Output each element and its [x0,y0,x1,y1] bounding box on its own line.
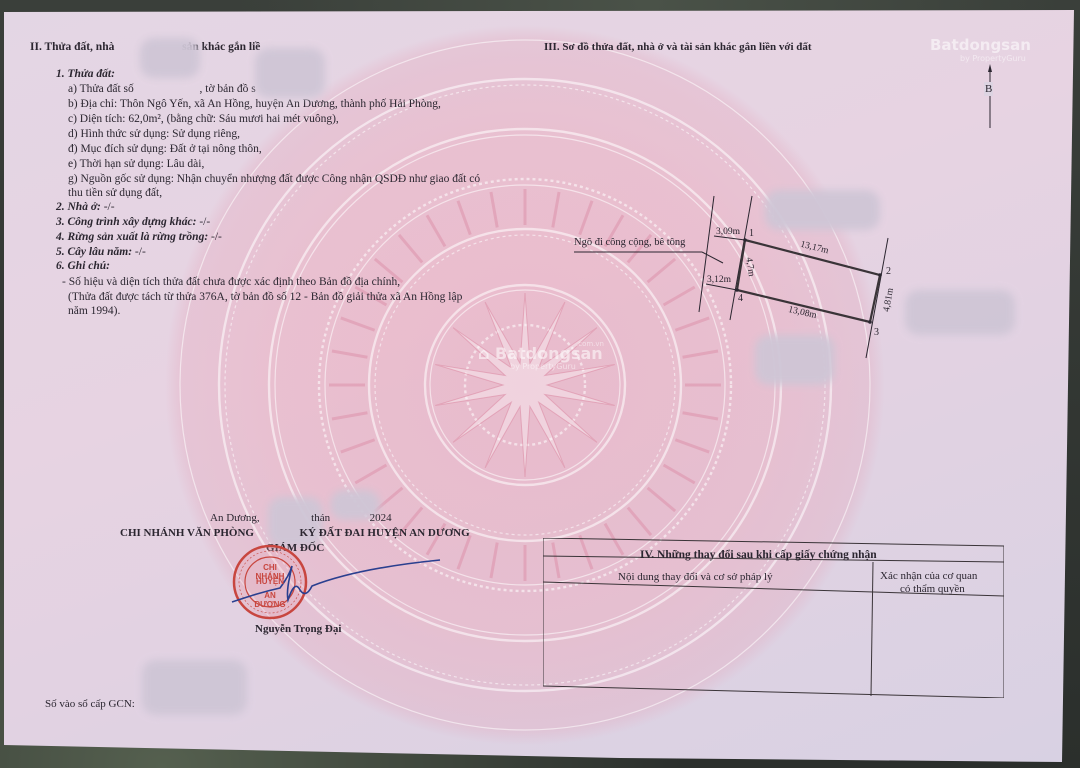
issuing-office: CHI NHÁNH VĂN PHÒNG KÝ ĐẤT ĐAI HUYỆN AN … [120,526,470,540]
land-item-parcel: a) Thửa đất số , tờ bản đồ s [68,82,256,96]
signer-title: GIÁM ĐỐC [266,541,324,555]
register-number-label: Số vào sổ cấp GCN: [45,697,135,711]
land-item-purpose: đ) Mục đích sử dụng: Đất ở tại nông thôn… [68,142,262,156]
changes-table [543,538,1004,698]
note-line-2: (Thửa đất được tách từ thửa 376A, tờ bản… [68,290,462,304]
redaction-blur [765,190,880,230]
item-house: 2. Nhà ở: -/- [56,200,115,214]
section-3-heading: III. Sơ đồ thửa đất, nhà ở và tài sản kh… [544,40,812,54]
dim-bottom-setback: 3,12m [707,273,731,287]
note-line-3: năm 1994). [68,304,120,318]
redaction-blur [140,38,200,78]
redaction-blur [255,48,325,98]
item-perennial-trees: 5. Cây lâu năm: -/- [56,245,146,259]
land-heading: 1. Thửa đất: [56,67,115,81]
changes-col-confirm-2: có thẩm quyền [900,582,965,596]
land-item-origin: g) Nguồn gốc sử dụng: Nhận chuyển nhượng… [68,172,480,186]
stamp-text-line-2: HUYỆN [250,577,290,586]
item-notes-heading: 6. Ghi chú: [56,259,110,273]
signer-name: Nguyễn Trọng Đại [255,622,341,636]
watermark-logo-top: Batdongsan [930,36,1031,54]
redaction-blur [905,290,1015,335]
road-label: Ngõ đi công cộng, bê tông [574,236,685,250]
land-item-origin-cont: thu tiền sử dụng đất, [68,186,162,200]
land-item-address: b) Địa chỉ: Thôn Ngô Yến, xã An Hồng, hu… [68,97,441,111]
dim-top-setback: 3,09m [716,225,740,239]
place-date: An Dương, thán 2024 [210,511,392,525]
section-4-heading: IV. Những thay đổi sau khi cấp giấy chứn… [640,548,877,562]
redaction-blur [142,660,247,715]
land-item-usage-form: d) Hình thức sử dụng: Sử dụng riêng, [68,127,240,141]
watermark-tagline-center: by PropertyGuru [510,362,576,371]
stamp-text-line-3: AN DƯƠNG [250,591,290,609]
north-label: B [984,82,993,96]
item-other-works: 3. Công trình xây dựng khác: -/- [56,215,210,229]
changes-col-content: Nội dung thay đổi và cơ sở pháp lý [618,570,773,584]
land-item-area: c) Diện tích: 62,0m², (bằng chữ: Sáu mươ… [68,112,339,126]
changes-col-confirm-1: Xác nhận của cơ quan [880,569,977,583]
point-4-label: 4 [738,292,743,306]
watermark-tagline-top: by PropertyGuru [960,54,1026,63]
point-3-label: 3 [874,326,879,340]
watermark-suffix-center: .com.vn [576,340,604,348]
point-1-label: 1 [749,227,754,241]
dim-side-1-4: 4,7m [741,256,758,277]
point-2-label: 2 [886,265,891,279]
redaction-blur [755,335,835,385]
item-planted-forest: 4. Rừng sản xuất là rừng trồng: -/- [56,230,222,244]
note-line-1: - Số hiệu và diện tích thửa đất chưa đượ… [62,275,400,289]
land-item-term: e) Thời hạn sử dụng: Lâu dài, [68,157,204,171]
